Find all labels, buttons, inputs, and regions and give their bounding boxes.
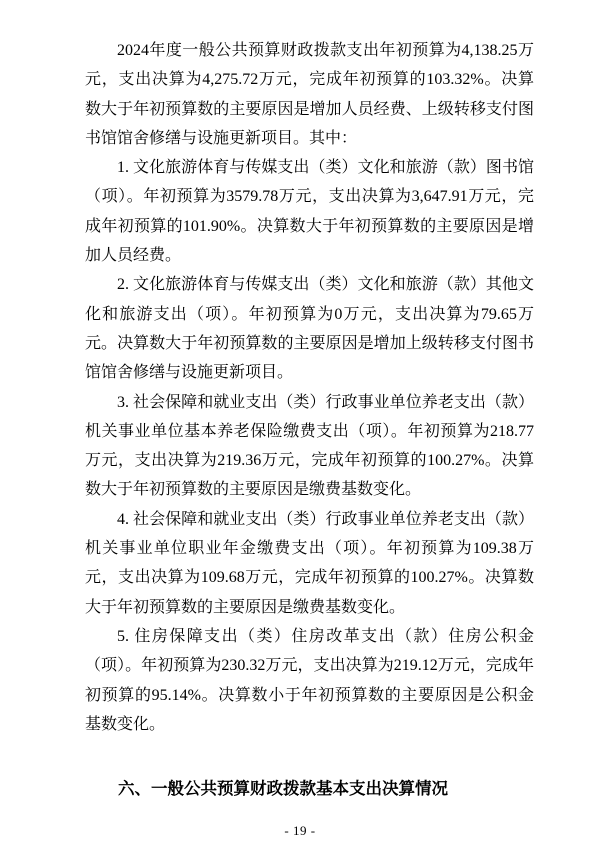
page-number: - 19 - xyxy=(0,824,600,838)
paragraph-item-1-library-expenditure: 1. 文化旅游体育与传媒支出（类）文化和旅游（款）图书馆（项）。年初预算为357… xyxy=(85,153,534,270)
section-heading-six: 六、一般公共预算财政拨款基本支出决算情况 xyxy=(85,777,534,801)
document-page: 2024年度一般公共预算财政拨款支出年初预算为4,138.25万元，支出决算为4… xyxy=(0,0,600,848)
paragraph-item-4-occupational-annuity: 4. 社会保障和就业支出（类）行政事业单位养老支出（款）机关事业单位职业年金缴费… xyxy=(85,505,534,622)
paragraph-item-2-other-culture-tourism: 2. 文化旅游体育与传媒支出（类）文化和旅游（款）其他文化和旅游支出（项）。年初… xyxy=(85,270,534,387)
paragraph-item-3-basic-pension: 3. 社会保障和就业支出（类）行政事业单位养老支出（款）机关事业单位基本养老保险… xyxy=(85,388,534,505)
paragraph-item-5-housing-fund: 5. 住房保障支出（类）住房改革支出（款）住房公积金（项）。年初预算为230.3… xyxy=(85,622,534,739)
document-body: 2024年度一般公共预算财政拨款支出年初预算为4,138.25万元，支出决算为4… xyxy=(85,36,534,801)
paragraph-budget-summary: 2024年度一般公共预算财政拨款支出年初预算为4,138.25万元，支出决算为4… xyxy=(85,36,534,153)
